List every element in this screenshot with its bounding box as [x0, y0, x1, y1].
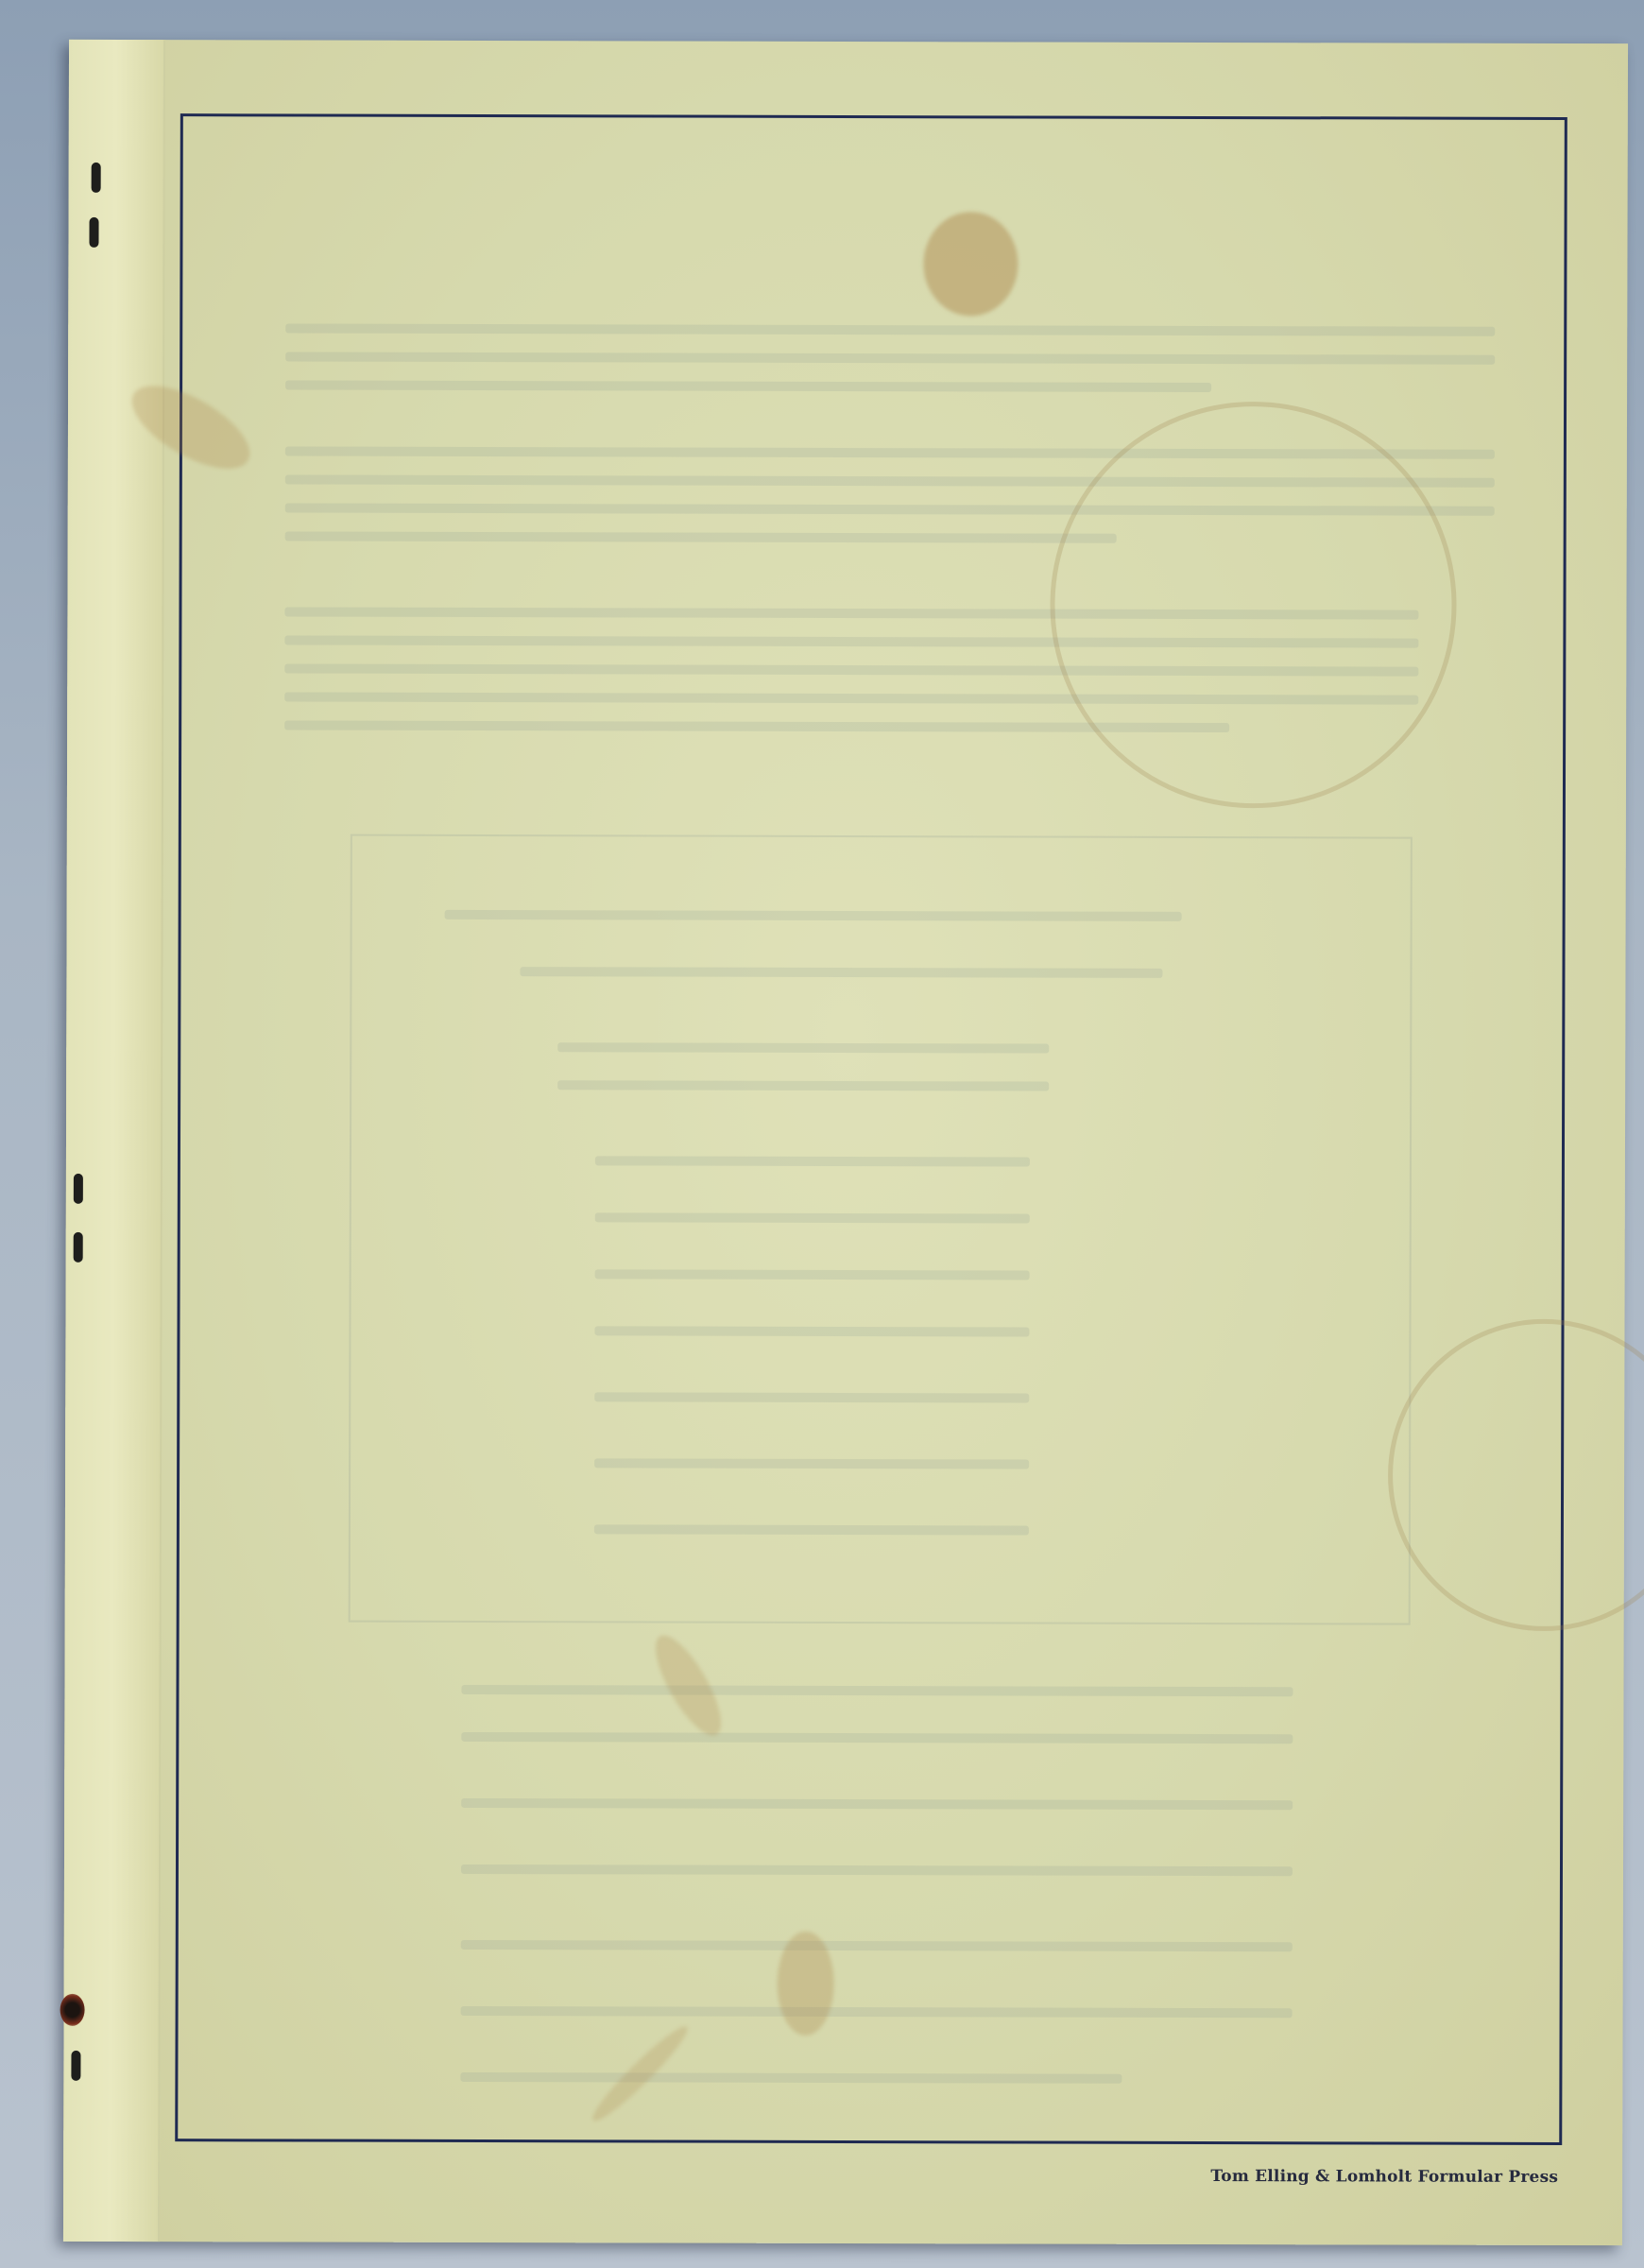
form-border-frame — [175, 113, 1567, 2145]
stain — [923, 212, 1018, 316]
printer-imprint: Tom Elling & Lomholt Formular Press — [1210, 2167, 1558, 2187]
coffee-ring-stain — [1050, 402, 1457, 809]
paper-sheet: Tom Elling & Lomholt Formular Press — [63, 40, 1628, 2245]
stain — [778, 1932, 834, 2036]
